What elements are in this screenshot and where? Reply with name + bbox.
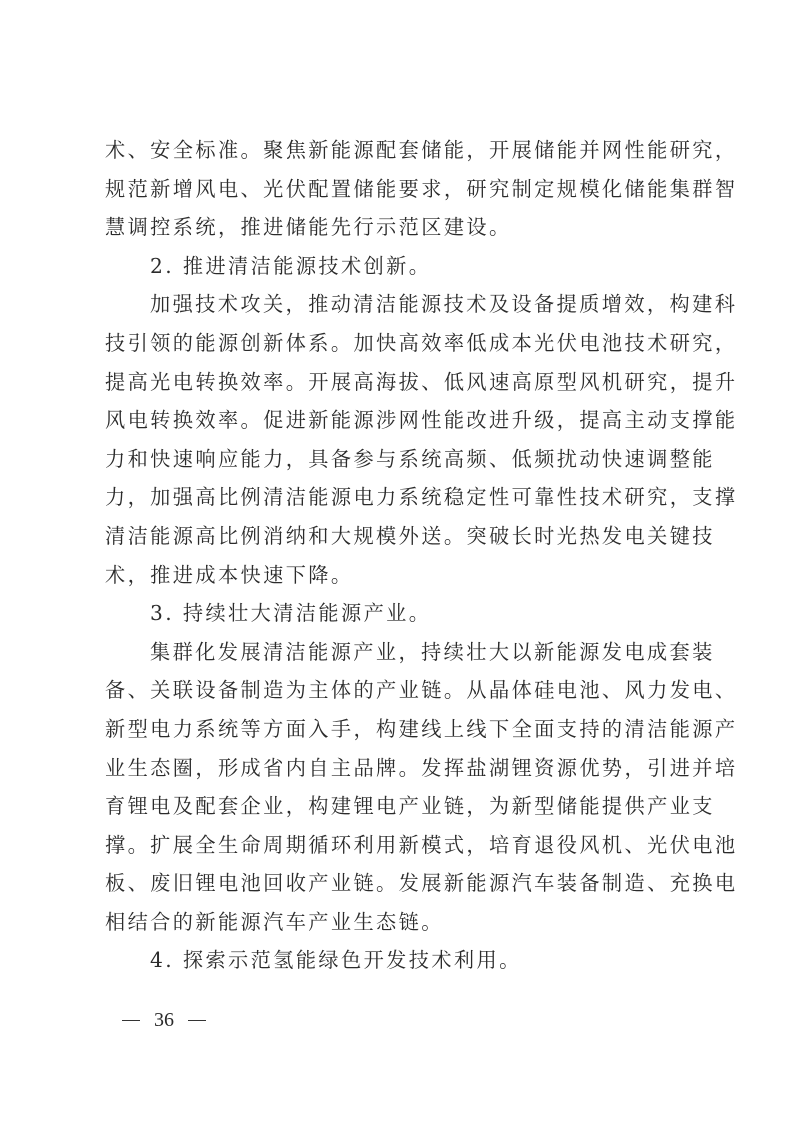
dash-right bbox=[188, 1020, 206, 1021]
text-line: 撑。扩展全生命周期循环利用新模式，培育退役风机、光伏电池 bbox=[105, 826, 705, 865]
text-line: 板、废旧锂电池回收产业链。发展新能源汽车装备制造、充换电 bbox=[105, 864, 705, 903]
text-line: 力，加强高比例清洁能源电力系统稳定性可靠性技术研究，支撑 bbox=[105, 478, 705, 517]
section-heading-3: 3. 持续壮大清洁能源产业。 bbox=[105, 594, 705, 633]
text-line: 备、关联设备制造为主体的产业链。从晶体硅电池、风力发电、 bbox=[105, 671, 705, 710]
text-line: 提高光电转换效率。开展高海拔、低风速高原型风机研究，提升 bbox=[105, 363, 705, 402]
text-line: 慧调控系统，推进储能先行示范区建设。 bbox=[105, 208, 705, 247]
text-line: 新型电力系统等方面入手，构建线上线下全面支持的清洁能源产 bbox=[105, 710, 705, 749]
text-line: 风电转换效率。促进新能源涉网性能改进升级，提高主动支撑能 bbox=[105, 401, 705, 440]
section-heading-4: 4. 探索示范氢能绿色开发技术利用。 bbox=[105, 941, 705, 980]
paragraph-start: 集群化发展清洁能源产业，持续壮大以新能源发电成套装 bbox=[105, 633, 705, 672]
paragraph-start: 加强技术攻关，推动清洁能源技术及设备提质增效，构建科 bbox=[105, 285, 705, 324]
text-line: 业生态圈，形成省内自主品牌。发挥盐湖锂资源优势，引进并培 bbox=[105, 749, 705, 788]
text-line: 育锂电及配套企业，构建锂电产业链，为新型储能提供产业支 bbox=[105, 787, 705, 826]
text-line: 术、安全标准。聚焦新能源配套储能，开展储能并网性能研究， bbox=[105, 131, 705, 170]
text-line: 术，推进成本快速下降。 bbox=[105, 556, 705, 595]
page-number: 36 bbox=[122, 1009, 206, 1032]
dash-left bbox=[122, 1020, 140, 1021]
text-line: 相结合的新能源汽车产业生态链。 bbox=[105, 903, 705, 942]
body-text: 术、安全标准。聚焦新能源配套储能，开展储能并网性能研究， 规范新增风电、光伏配置… bbox=[105, 131, 705, 980]
text-line: 规范新增风电、光伏配置储能要求，研究制定规模化储能集群智 bbox=[105, 170, 705, 209]
document-page: 术、安全标准。聚焦新能源配套储能，开展储能并网性能研究， 规范新增风电、光伏配置… bbox=[0, 0, 800, 1131]
text-line: 力和快速响应能力，具备参与系统高频、低频扰动快速调整能 bbox=[105, 440, 705, 479]
page-number-value: 36 bbox=[154, 1009, 174, 1032]
section-heading-2: 2. 推进清洁能源技术创新。 bbox=[105, 247, 705, 286]
text-line: 技引领的能源创新体系。加快高效率低成本光伏电池技术研究， bbox=[105, 324, 705, 363]
text-line: 清洁能源高比例消纳和大规模外送。突破长时光热发电关键技 bbox=[105, 517, 705, 556]
